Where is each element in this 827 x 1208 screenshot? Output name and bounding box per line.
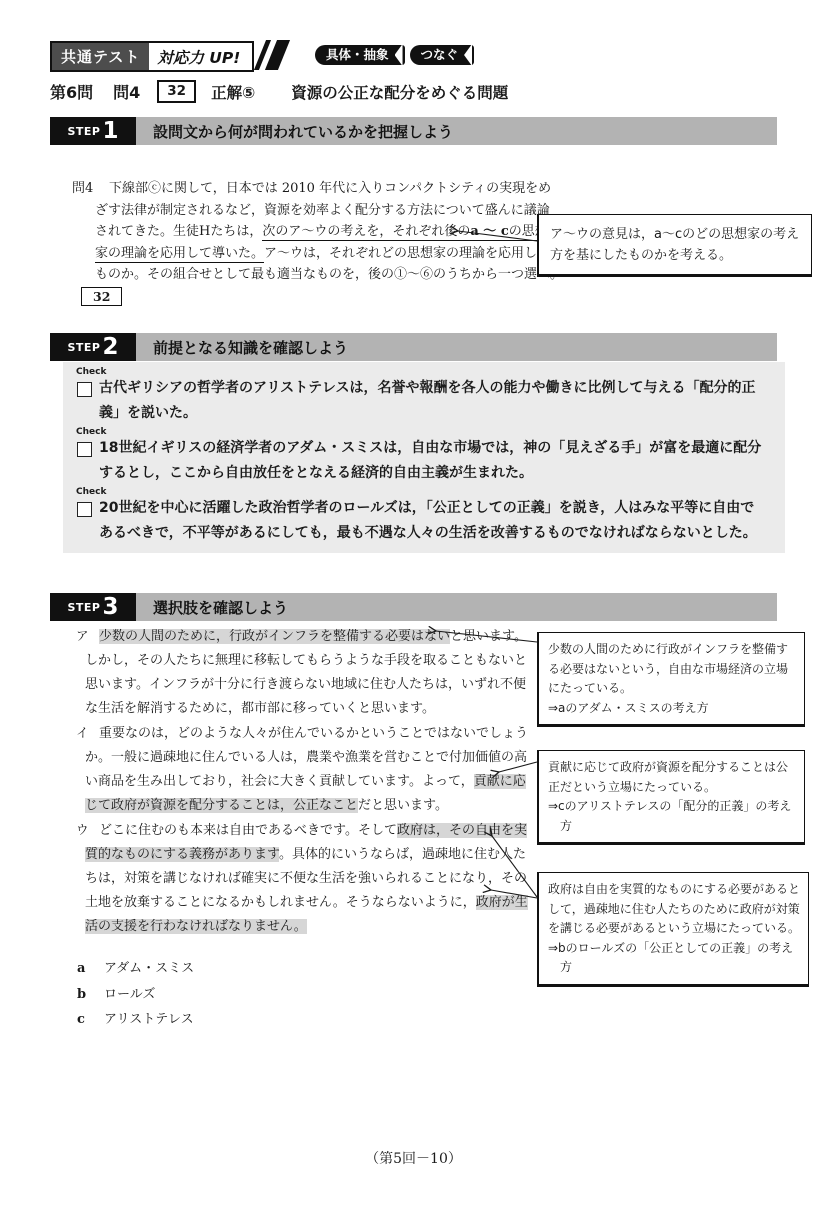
step2-label: 前提となる知識を確認しよう: [136, 333, 348, 361]
option-marker: ウ: [76, 818, 99, 842]
step2-header-bar: STEP 2 前提となる知識を確認しよう: [50, 333, 777, 361]
hint-callout-option-a: 少数の人間のために行政がインフラを整備する必要はないという，自由な市場経済の立場…: [537, 632, 805, 727]
callout-body: 貢献に応じて政府が資源を配分することは公正だという立場にたっている。: [548, 758, 796, 797]
text-line: ざす法律が制定されるなど，資源を効率よく配分する方法について盛んに議論: [72, 200, 542, 222]
problem-topic-title: 資源の公正な配分をめぐる問題: [291, 81, 508, 103]
text-segment: だと思います。: [358, 798, 448, 813]
text-segment: しかし，その人たちに無理に移転してもらうような手段を取ることもないと: [85, 653, 527, 668]
text-line: ウどこに住むのも本来は自由であるべきです。そして政府は，その自由を実: [76, 818, 532, 843]
hint-callout-step1: ア〜ウの意見は，a〜cのどの思想家の考え方を基にしたものかを考える。: [537, 214, 812, 277]
step1-label: 設問文から何が問われているかを把握しよう: [136, 117, 453, 145]
option-marker: イ: [76, 721, 99, 745]
problem-title-row: 第6問 問4 32 正解⑤ 資源の公正な配分をめぐる問題: [50, 80, 508, 103]
highlight-segment: 貢献に応: [474, 774, 526, 789]
check-item: Check20世紀を中心に活躍した政治哲学者のロールズは，「公正としての正義」を…: [63, 487, 785, 545]
text-segment: 。具体的にいうならば，過疎地に住む人た: [279, 847, 526, 862]
check-row: 18世紀イギリスの経済学者のアダム・スミスは，自由な市場では，神の「見えざる手」…: [63, 436, 785, 485]
text-segment: 下線部ⓒに関して，日本では 2010 年代に入りコンパクトシティの実現をめ: [109, 181, 551, 196]
text-line: 思います。インフラが十分に行き渡らない地域に住む人たちは，いずれ不便: [76, 673, 532, 697]
question-number-sub: 問4: [113, 80, 140, 103]
highlight-segment: 政府が生: [476, 895, 528, 910]
option-marker: 問4: [72, 178, 109, 200]
callout-body: 少数の人間のために行政がインフラを整備する必要はないという，自由な市場経済の立場…: [548, 640, 796, 699]
text-line: ものか。その組合せとして最も適当なものを，後の①〜⑥のうちから一つ選べ。: [72, 264, 542, 286]
text-line: い商品を生み出しており，社会に大きく貢献しています。よって，貢献に応: [76, 770, 532, 794]
text-line: イ重要なのは，どのような人々が住んでいるかということではないでしょう: [76, 721, 532, 746]
question-number-main: 第6問: [50, 80, 93, 103]
check-text: 18世紀イギリスの経済学者のアダム・スミスは，自由な市場では，神の「見えざる手」…: [99, 436, 767, 485]
correct-answer-label: 正解⑤: [211, 81, 255, 103]
text-line: ア少数の人間のために，行政がインフラを整備する必要はないと思います。: [76, 624, 532, 649]
check-text: 20世紀を中心に活躍した政治哲学者のロールズは，「公正としての正義」を説き，人は…: [99, 496, 767, 545]
text-line: 家の理論を応用して導いた。ア〜ウは，それぞれどの思想家の理論を応用した: [72, 243, 542, 265]
option-marker: ア: [76, 624, 99, 648]
logo-right-label: 対応力 UP!: [149, 43, 252, 70]
page-footer: （第5回－10）: [0, 1148, 827, 1168]
text-line: ちは，対策を講じなければ確実に不便な生活を強いられることになり，その: [76, 867, 532, 891]
badge-gutai-chusho: 具体・抽象: [315, 45, 405, 65]
callout-text: ア〜ウの意見は，a〜cのどの思想家の考え方を基にしたものかを考える。: [550, 224, 801, 266]
callout-conclusion: ⇒aのアダム・スミスの考え方: [548, 699, 796, 719]
checkbox[interactable]: [77, 382, 92, 397]
text-line: 土地を放棄することになるかもしれません。そうならないように，政府が生: [76, 891, 532, 915]
thinker-list: aアダム・スミス bロールズ cアリストテレス: [77, 956, 194, 1033]
step3-label: 選択肢を確認しよう: [136, 593, 288, 621]
step3-tag: STEP 3: [50, 593, 136, 621]
logo-left-label: 共通テスト: [52, 43, 149, 70]
thinker-row-c: cアリストテレス: [77, 1007, 194, 1033]
text-line: されてきた。生徒Hたちは，次のア〜ウの考えを，それぞれ後のa 〜 cの思想: [72, 221, 542, 243]
text-line: 質的なものにする義務があります。具体的にいうならば，過疎地に住む人た: [76, 843, 532, 867]
callout-conclusion: ⇒bのロールズの「公正としての正義」の考え方: [548, 939, 800, 978]
step2-tag: STEP 2: [50, 333, 136, 361]
step3-header-bar: STEP 3 選択肢を確認しよう: [50, 593, 777, 621]
question-number-box: 32: [81, 287, 122, 306]
highlight-segment: 活の支援を行わなければなりません。: [85, 919, 307, 934]
step1-header-bar: STEP 1 設問文から何が問われているかを把握しよう: [50, 117, 777, 145]
text-segment: 重要なのは，どのような人々が住んでいるかということではないでしょう: [99, 726, 528, 741]
text-segment: か。一般に過疎地に住んでいる人は，農業や漁業を営むことで付加価値の高: [85, 750, 527, 765]
text-line: しかし，その人たちに無理に移転してもらうような手段を取ることもないと: [76, 649, 532, 673]
worksheet-page: 共通テスト 対応力 UP! 具体・抽象 つなぐ 第6問 問4 32 正解⑤ 資源…: [0, 0, 827, 1208]
knowledge-checklist: Check古代ギリシアの哲学者のアリストテレスは，名誉や報酬を各人の能力や働きに…: [63, 362, 785, 553]
check-item: Check18世紀イギリスの経済学者のアダム・スミスは，自由な市場では，神の「見…: [63, 427, 785, 485]
highlight-segment: 政府は，その自由を実: [397, 823, 527, 838]
hint-callout-option-u: 政府は自由を実質的なものにする必要があるとして，過疎地に住む人たちのために政府が…: [537, 872, 809, 987]
text-segment: ざす法律が制定されるなど，資源を効率よく配分する方法について盛んに議論: [95, 203, 550, 218]
text-segment: されてきた。生徒Hたちは，: [95, 224, 262, 239]
underline-segment: 次のア〜ウの考えを，それぞれ後の: [262, 224, 470, 241]
underline-segment: a 〜 c: [470, 224, 508, 241]
thinker-row-a: aアダム・スミス: [77, 956, 194, 982]
text-line: じて政府が資源を配分することは，公正なことだと思います。: [76, 794, 532, 818]
checkbox[interactable]: [77, 442, 92, 457]
highlight-segment: 少数の人間のために，行政がインフラを整備する必要はない: [99, 629, 450, 644]
thinker-row-b: bロールズ: [77, 982, 194, 1008]
check-row: 20世紀を中心に活躍した政治哲学者のロールズは，「公正としての正義」を説き，人は…: [63, 496, 785, 545]
kyotsu-test-logo: 共通テスト 対応力 UP!: [50, 41, 254, 72]
step1-tag: STEP 1: [50, 117, 136, 145]
text-segment: 思います。インフラが十分に行き渡らない地域に住む人たちは，いずれ不便: [85, 677, 526, 692]
text-segment: ア〜ウは，それぞれどの思想家の理論を応用した: [264, 246, 550, 261]
badge-tsunagu: つなぐ: [410, 45, 475, 65]
highlight-segment: じて政府が資源を配分することは，公正なこと: [85, 798, 358, 813]
underline-segment: 家の理論を応用して導いた。: [95, 246, 264, 263]
tag-badges: 具体・抽象 つなぐ: [315, 45, 474, 65]
text-line: 問4下線部ⓒに関して，日本では 2010 年代に入りコンパクトシティの実現をめ: [72, 178, 542, 200]
check-row: 古代ギリシアの哲学者のアリストテレスは，名誉や報酬を各人の能力や働きに比例して与…: [63, 376, 785, 425]
check-item: Check古代ギリシアの哲学者のアリストテレスは，名誉や報酬を各人の能力や働きに…: [63, 367, 785, 425]
highlight-segment: 質的なものにする義務があります: [85, 847, 279, 862]
callout-conclusion: ⇒cのアリストテレスの「配分的正義」の考え方: [548, 797, 796, 836]
text-line: な生活を解消するために，都市部に移っていくと思います。: [76, 697, 532, 721]
answer-slot-number: 32: [157, 80, 196, 103]
text-segment: い商品を生み出しており，社会に大きく貢献しています。よって，: [85, 774, 474, 789]
text-line: か。一般に過疎地に住んでいる人は，農業や漁業を営むことで付加価値の高: [76, 746, 532, 770]
checkbox[interactable]: [77, 502, 92, 517]
text-segment: どこに住むのも本来は自由であるべきです。そして: [99, 823, 397, 838]
text-line: 活の支援を行わなければなりません。: [76, 915, 532, 939]
hint-callout-option-i: 貢献に応じて政府が資源を配分することは公正だという立場にたっている。 ⇒cのアリ…: [537, 750, 805, 845]
text-segment: 土地を放棄することになるかもしれません。そうならないように，: [85, 895, 476, 910]
text-segment: ものか。その組合せとして最も適当なものを，後の①〜⑥のうちから一つ選べ。: [95, 267, 563, 282]
logo-slash-decoration: [260, 40, 284, 70]
text-segment: と思います。: [450, 629, 527, 644]
text-segment: ちは，対策を講じなければ確実に不便な生活を強いられることになり，その: [85, 871, 527, 886]
check-text: 古代ギリシアの哲学者のアリストテレスは，名誉や報酬を各人の能力や働きに比例して与…: [99, 376, 767, 425]
question-text: 問4下線部ⓒに関して，日本では 2010 年代に入りコンパクトシティの実現をめざ…: [72, 178, 542, 286]
choice-options: ア少数の人間のために，行政がインフラを整備する必要はないと思います。しかし，その…: [76, 624, 532, 939]
text-segment: な生活を解消するために，都市部に移っていくと思います。: [85, 701, 435, 716]
callout-body: 政府は自由を実質的なものにする必要があるとして，過疎地に住む人たちのために政府が…: [548, 880, 800, 939]
